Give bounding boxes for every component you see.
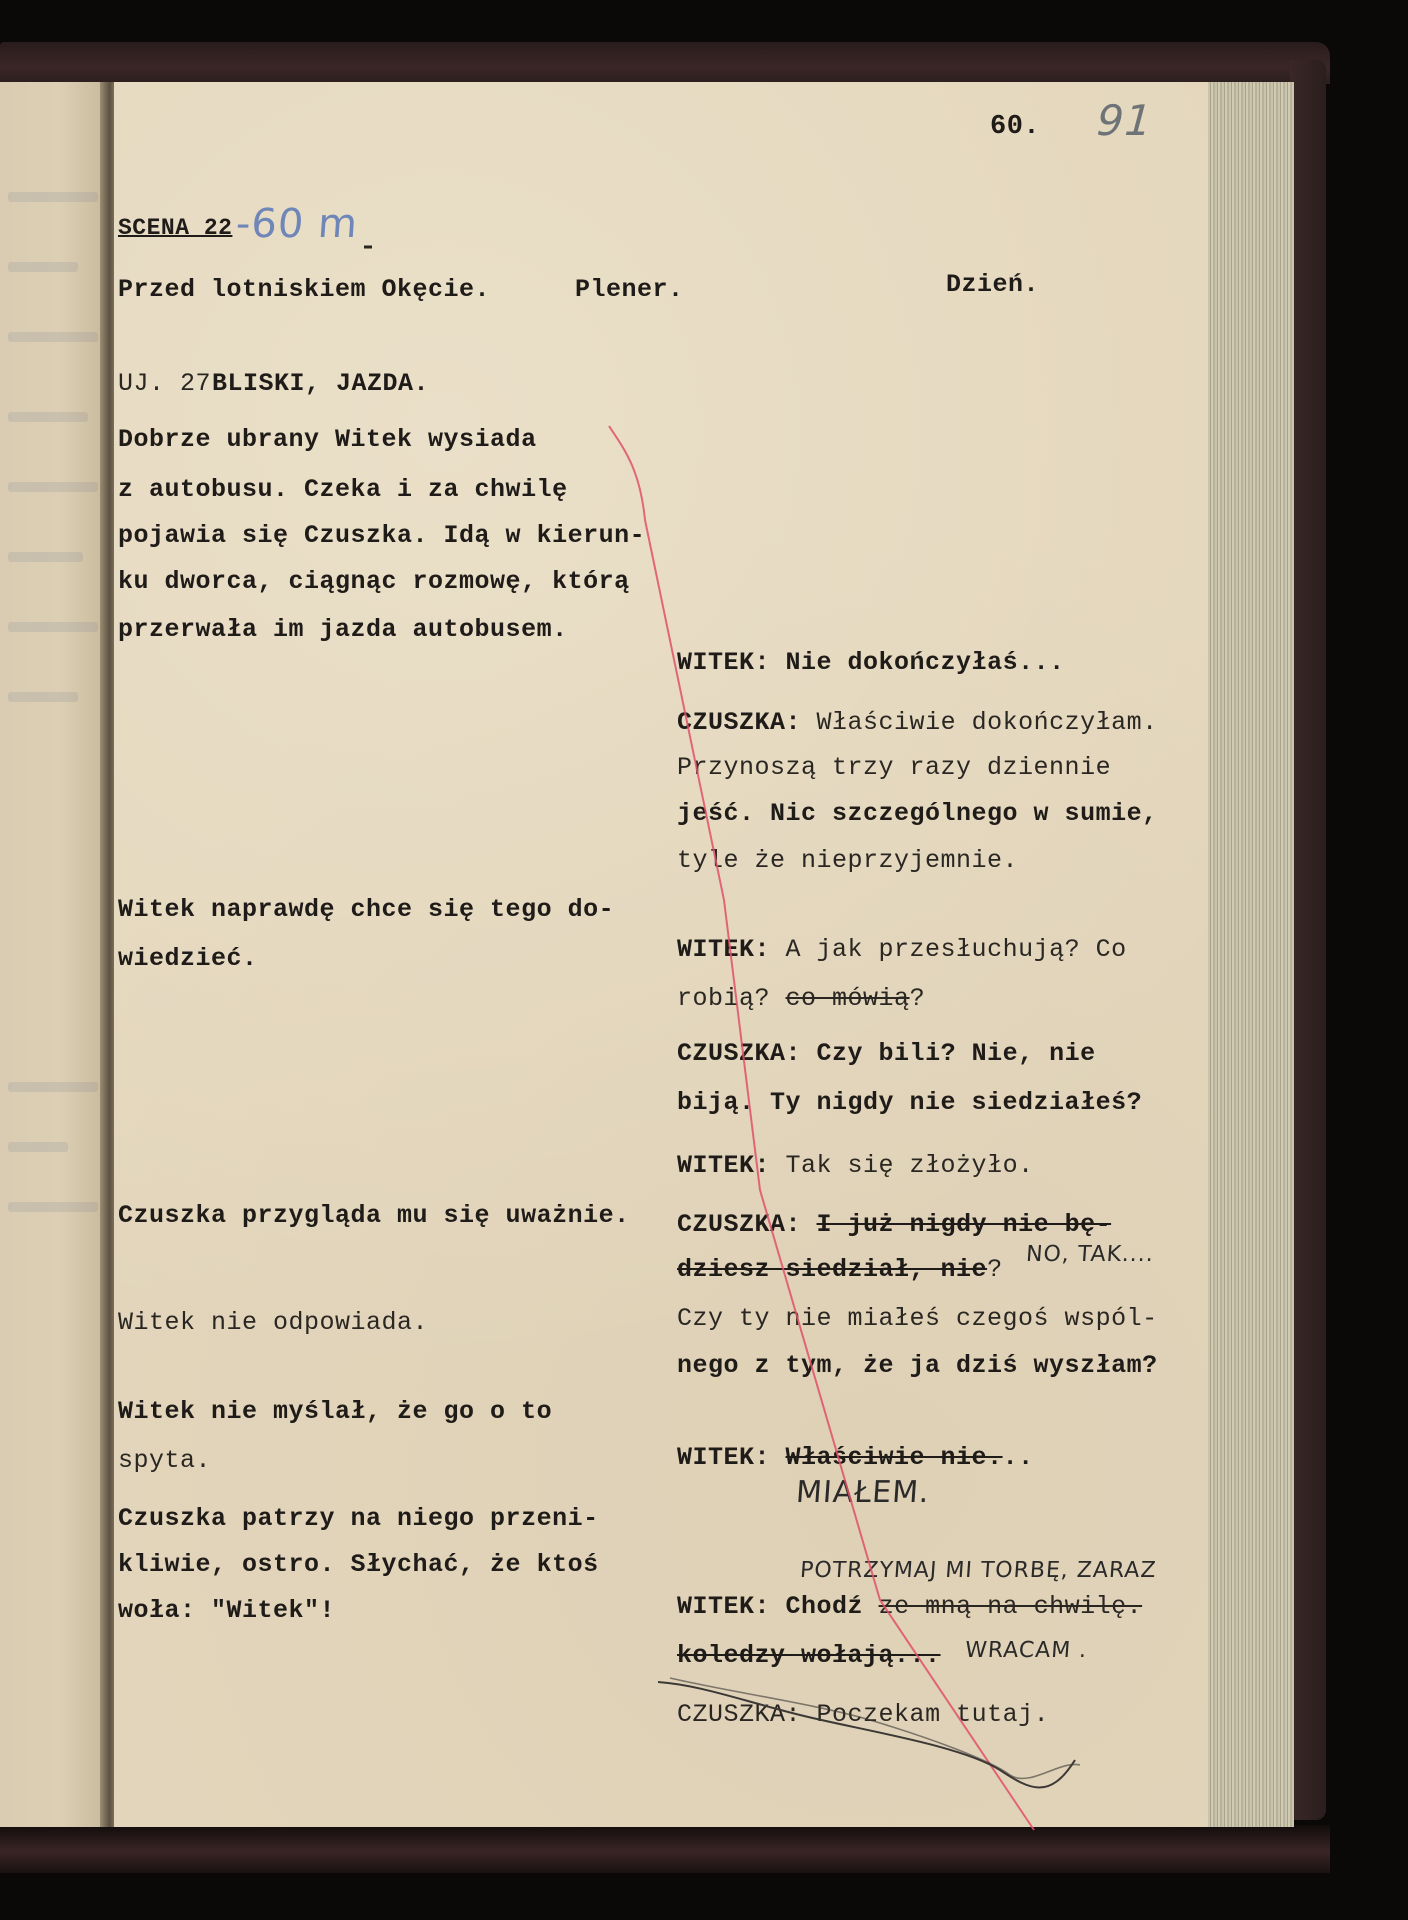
pencil-wavy-line xyxy=(658,1682,1075,1788)
pencil-marks xyxy=(0,0,1408,1920)
red-pencil-line xyxy=(609,426,1034,1830)
pencil-wavy-line xyxy=(670,1678,1080,1778)
